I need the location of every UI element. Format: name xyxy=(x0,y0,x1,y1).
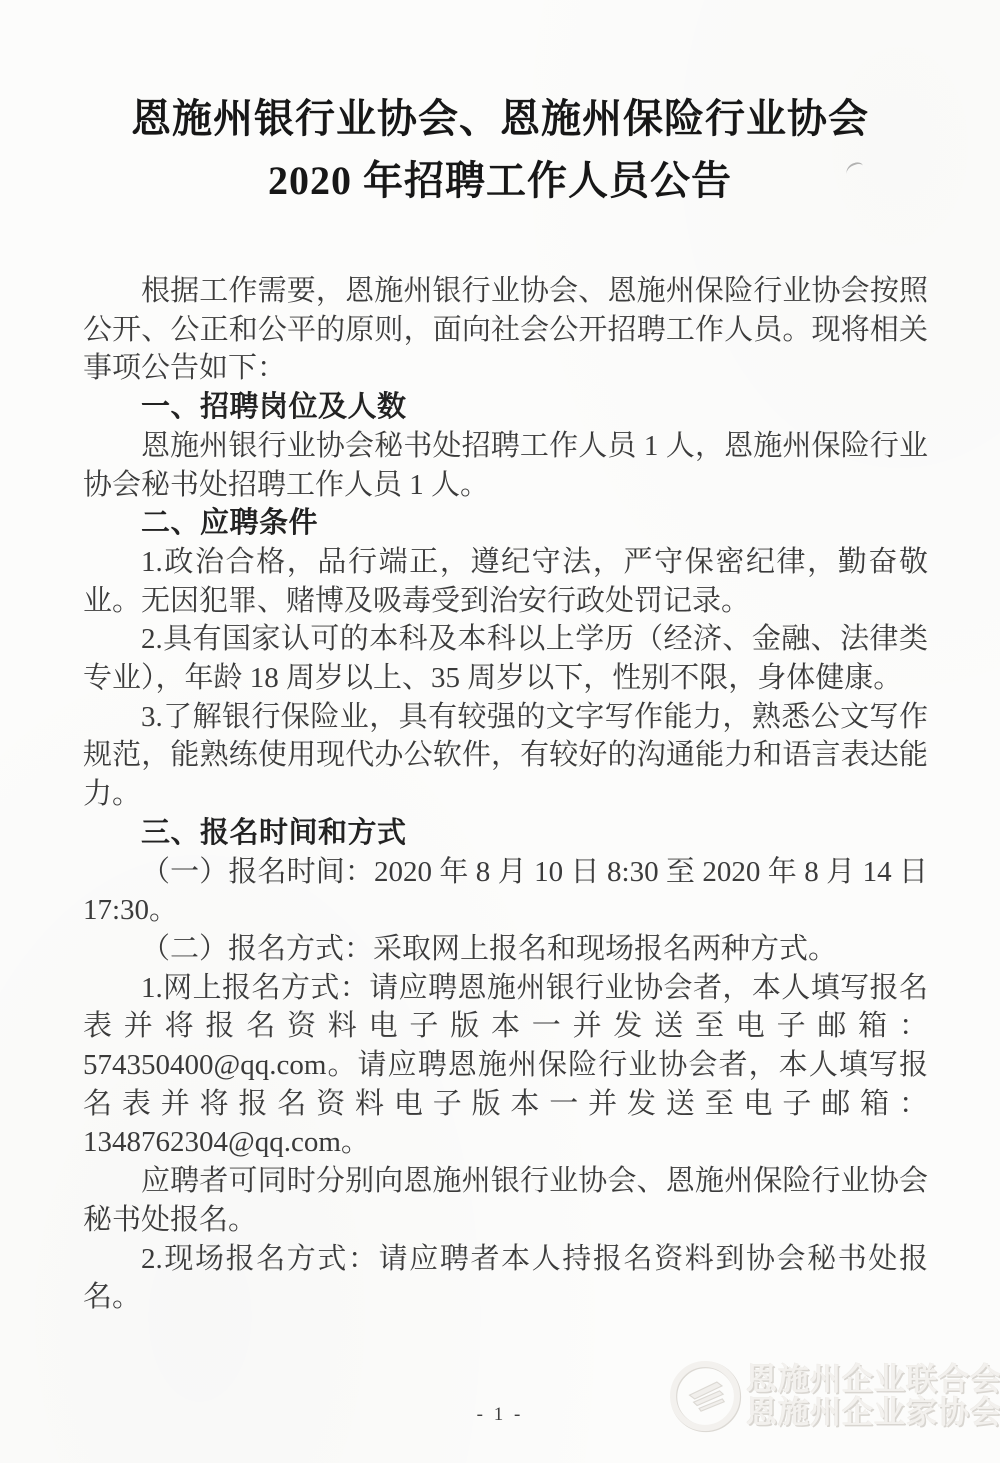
document-title-line1: 恩施州银行业协会、恩施州保险行业协会 xyxy=(0,88,1000,150)
scanned-document-page: 恩施州银行业协会、恩施州保险行业协会 2020 年招聘工作人员公告 根据工作需要… xyxy=(0,0,1000,1463)
section-heading-signup: 三、报名时间和方式 xyxy=(83,814,928,853)
paragraph-signup-time: （一）报名时间：2020 年 8 月 10 日 8:30 至 2020 年 8 … xyxy=(83,853,928,930)
section-heading-positions: 一、招聘岗位及人数 xyxy=(83,388,928,427)
document-body: 根据工作需要，恩施州银行业协会、恩施州保险行业协会按照公开、公正和公平的原则，面… xyxy=(83,272,928,1317)
watermark-line1: 恩施州企业联合会 xyxy=(746,1363,1000,1396)
section-heading-criteria: 二、应聘条件 xyxy=(83,504,928,543)
paragraph-criteria-3: 3.了解银行保险业，具有较强的文字写作能力，熟悉公文写作规范，能熟练使用现代办公… xyxy=(83,698,928,814)
document-title: 恩施州银行业协会、恩施州保险行业协会 2020 年招聘工作人员公告 xyxy=(0,88,1000,212)
paragraph-both-signup: 应聘者可同时分别向恩施州银行业协会、恩施州保险行业协会秘书处报名。 xyxy=(83,1162,928,1239)
document-title-line2: 2020 年招聘工作人员公告 xyxy=(0,150,1000,212)
paragraph-signup-methods: （二）报名方式：采取网上报名和现场报名两种方式。 xyxy=(83,930,928,969)
paragraph-criteria-2: 2.具有国家认可的本科及本科以上学历（经济、金融、法律类专业），年龄 18 周岁… xyxy=(83,620,928,697)
paragraph-online-signup: 1.网上报名方式：请应聘恩施州银行业协会者，本人填写报名表并将报名资料电子版本一… xyxy=(83,969,928,1163)
page-number: - 1 - xyxy=(0,1404,1000,1426)
paragraph-onsite-signup: 2.现场报名方式：请应聘者本人持报名资料到协会秘书处报名。 xyxy=(83,1240,928,1317)
paragraph-positions: 恩施州银行业协会秘书处招聘工作人员 1 人，恩施州保险行业协会秘书处招聘工作人员… xyxy=(83,427,928,504)
paragraph-criteria-1: 1.政治合格，品行端正，遵纪守法，严守保密纪律，勤奋敬业。无因犯罪、赌博及吸毒受… xyxy=(83,543,928,620)
paragraph-intro: 根据工作需要，恩施州银行业协会、恩施州保险行业协会按照公开、公正和公平的原则，面… xyxy=(83,272,928,388)
